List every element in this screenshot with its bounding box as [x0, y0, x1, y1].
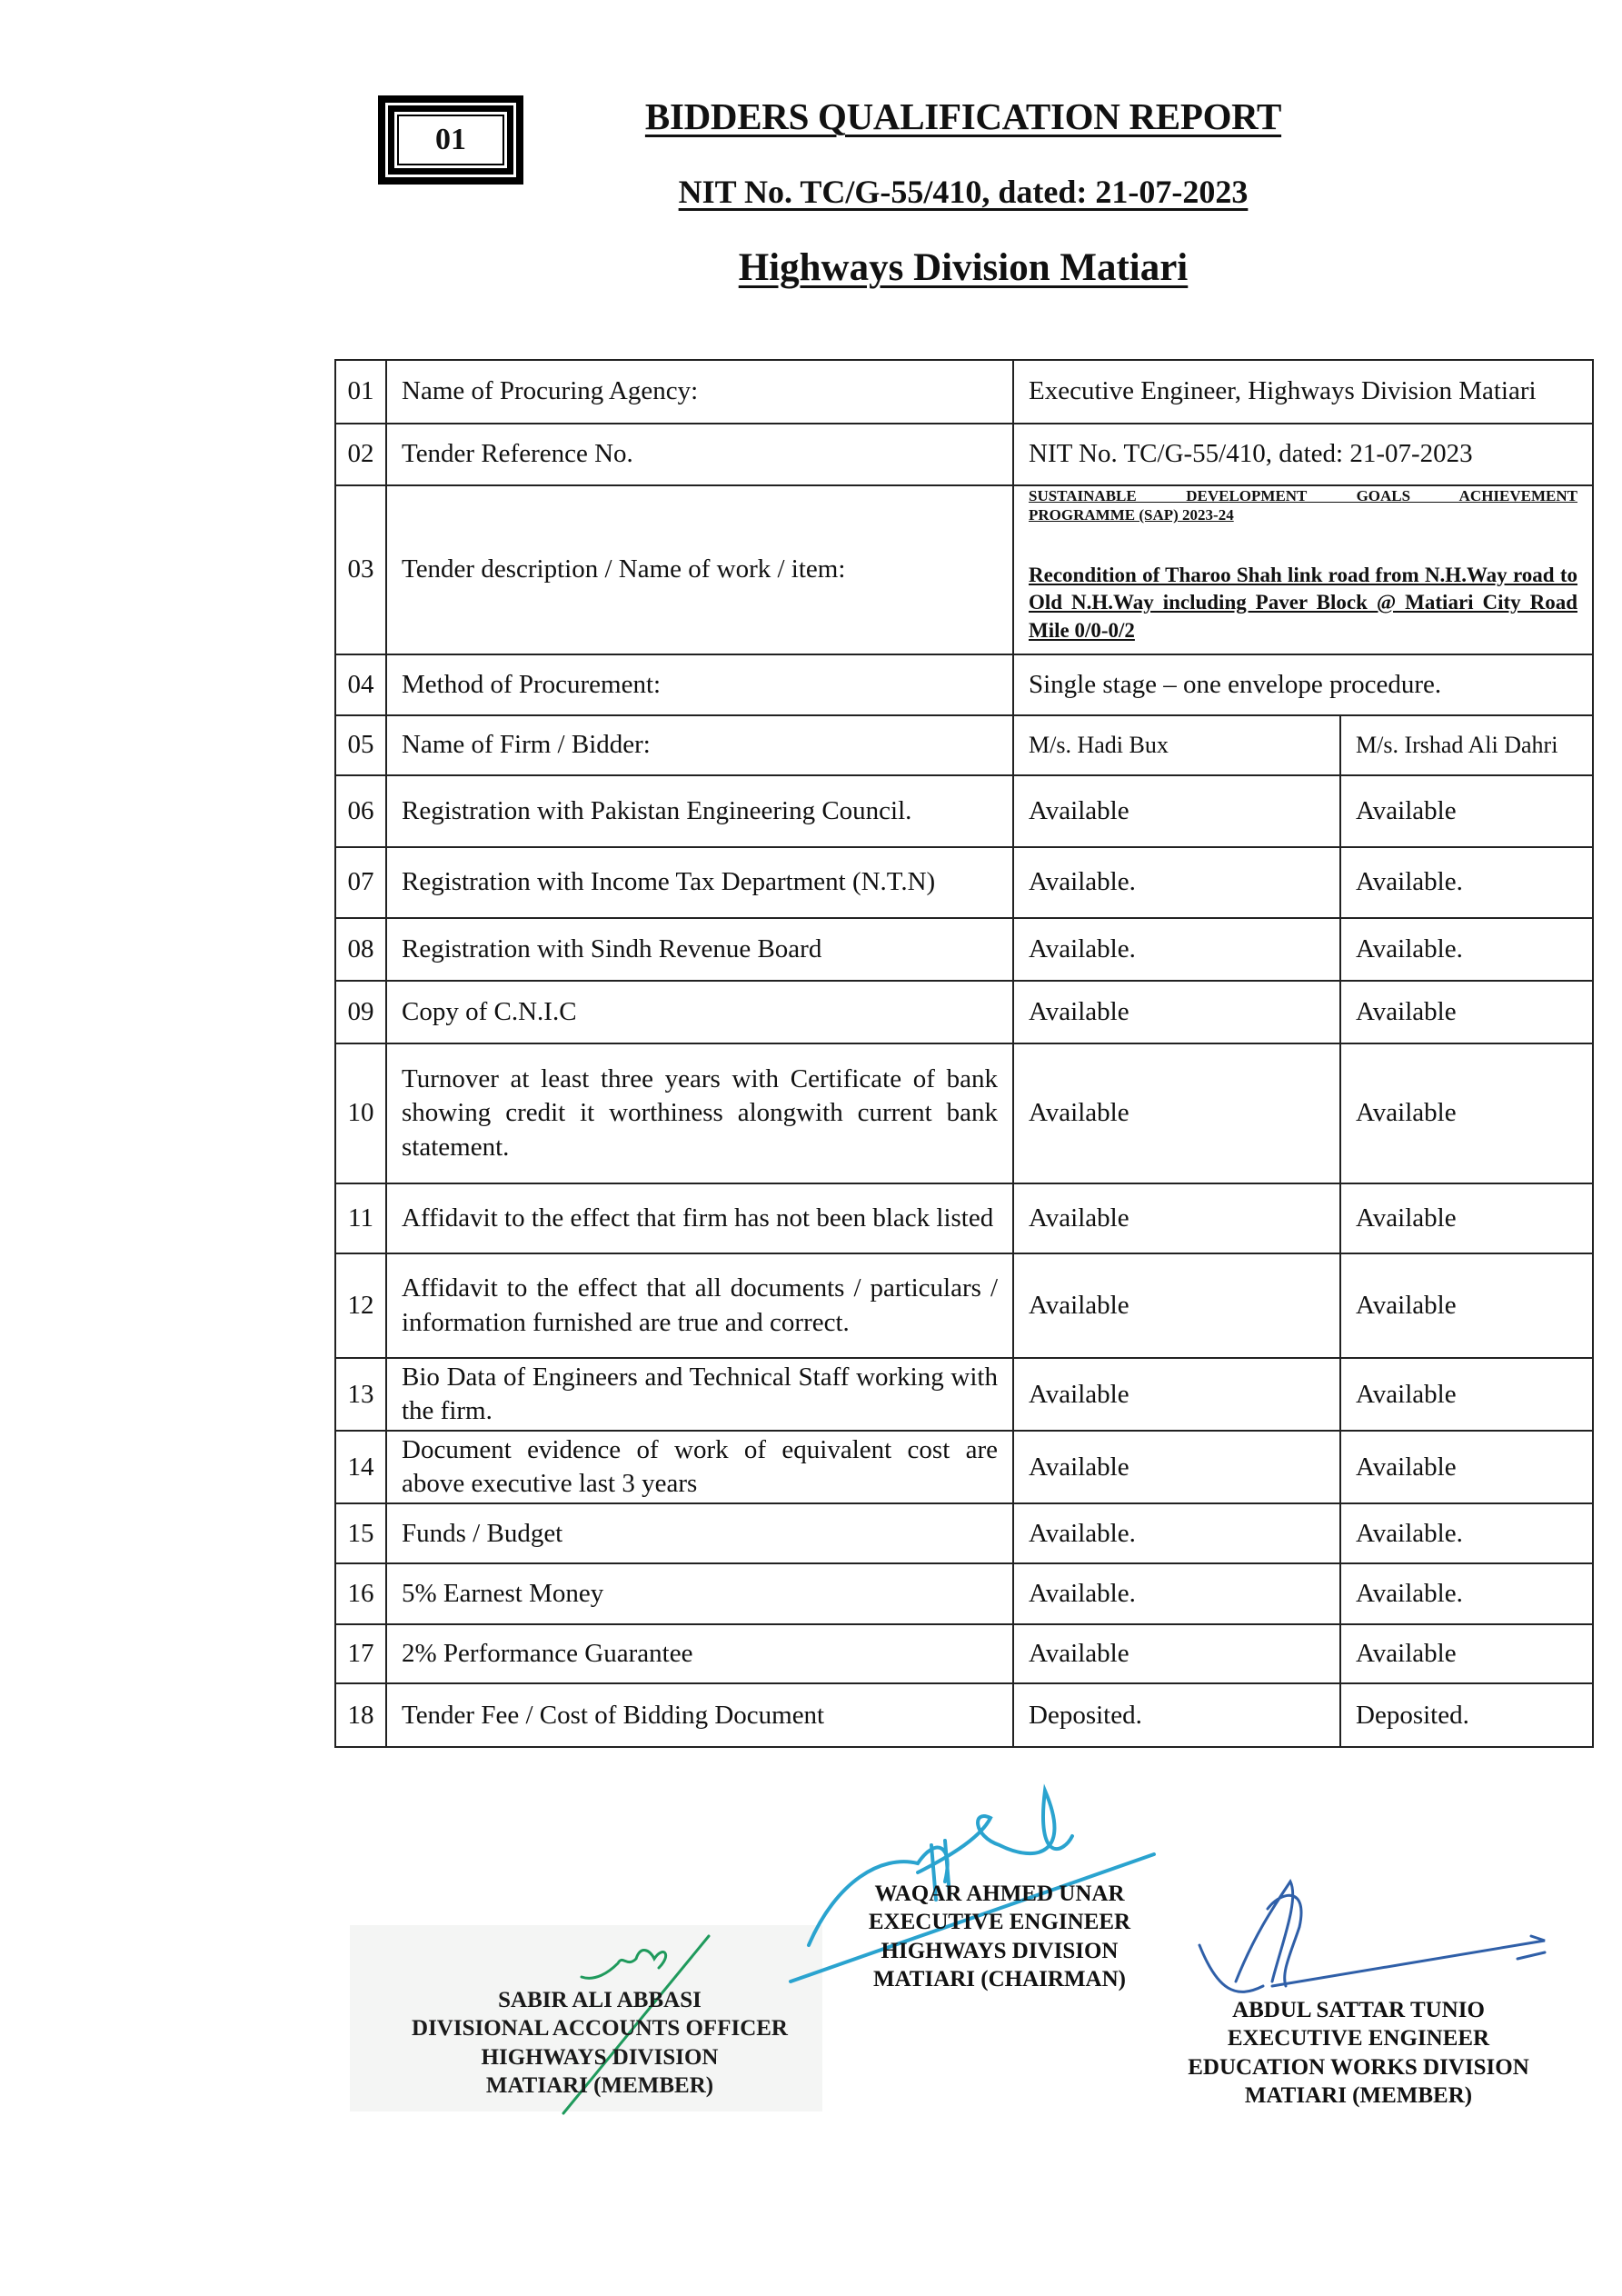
bidder-2-status: Available — [1340, 1043, 1593, 1183]
signatory-name: WAQAR AHMED UNAR — [800, 1880, 1199, 1908]
bidder-2-status: Available — [1340, 1183, 1593, 1253]
signatory-office: HIGHWAYS DIVISION — [373, 2043, 827, 2071]
row-number: 16 — [335, 1563, 386, 1624]
table-row: 16 5% Earnest Money Available. Available… — [335, 1563, 1593, 1624]
row-item: Registration with Income Tax Department … — [386, 847, 1013, 918]
row-number: 18 — [335, 1683, 386, 1747]
row-item: Method of Procurement: — [386, 654, 1013, 715]
signatory-role: MATIARI (MEMBER) — [373, 2071, 827, 2100]
bidder-2-status: Available — [1340, 1358, 1593, 1431]
row-number: 12 — [335, 1253, 386, 1358]
bidder-1-status: Available — [1013, 1043, 1340, 1183]
signatory-name: ABDUL SATTAR TUNIO — [1168, 1996, 1549, 2024]
bidder-2-status: Available — [1340, 981, 1593, 1043]
programme-name: SUSTAINABLE DEVELOPMENT GOALS ACHIEVEMEN… — [1029, 486, 1577, 505]
bidder-1-status: Available. — [1013, 1503, 1340, 1563]
page-number: 01 — [397, 115, 504, 165]
bidder-2-status: Available — [1340, 1253, 1593, 1358]
table-row: 03 Tender description / Name of work / i… — [335, 485, 1593, 654]
division-name: Highways Division Matiari — [545, 245, 1381, 290]
table-row: 04 Method of Procurement: Single stage –… — [335, 654, 1593, 715]
bidder-2-status: Available. — [1340, 847, 1593, 918]
table-row: 11 Affidavit to the effect that firm has… — [335, 1183, 1593, 1253]
row-item: 5% Earnest Money — [386, 1563, 1013, 1624]
table-row: 15 Funds / Budget Available. Available. — [335, 1503, 1593, 1563]
row-item: Registration with Sindh Revenue Board — [386, 918, 1013, 981]
row-number: 07 — [335, 847, 386, 918]
table-row: 13 Bio Data of Engineers and Technical S… — [335, 1358, 1593, 1431]
signatory-designation: EXECUTIVE ENGINEER — [1168, 2024, 1549, 2052]
tender-description: SUSTAINABLE DEVELOPMENT GOALS ACHIEVEMEN… — [1013, 485, 1593, 654]
bidder-1-status: Available. — [1013, 918, 1340, 981]
bidder-1-status: Deposited. — [1013, 1683, 1340, 1747]
row-item: Name of Firm / Bidder: — [386, 715, 1013, 775]
row-item: Registration with Pakistan Engineering C… — [386, 775, 1013, 847]
signatory-role: MATIARI (CHAIRMAN) — [800, 1965, 1199, 1993]
row-number: 08 — [335, 918, 386, 981]
table-row: 12 Affidavit to the effect that all docu… — [335, 1253, 1593, 1358]
bidder-1-status: Available. — [1013, 847, 1340, 918]
qualification-table: 01 Name of Procuring Agency: Executive E… — [334, 359, 1594, 1748]
row-item: Tender description / Name of work / item… — [386, 485, 1013, 654]
report-title: BIDDERS QUALIFICATION REPORT — [545, 95, 1381, 138]
row-item: 2% Performance Guarantee — [386, 1624, 1013, 1683]
bidder-1-status: Available — [1013, 981, 1340, 1043]
table-row: 07 Registration with Income Tax Departme… — [335, 847, 1593, 918]
row-number: 01 — [335, 360, 386, 424]
row-item: Turnover at least three years with Certi… — [386, 1043, 1013, 1183]
row-number: 13 — [335, 1358, 386, 1431]
signatory-education-engineer: ABDUL SATTAR TUNIO EXECUTIVE ENGINEER ED… — [1168, 1996, 1549, 2110]
table-row: 18 Tender Fee / Cost of Bidding Document… — [335, 1683, 1593, 1747]
bidder-2-status: Available. — [1340, 1563, 1593, 1624]
table-row: 05 Name of Firm / Bidder: M/s. Hadi Bux … — [335, 715, 1593, 775]
page-number-box: 01 — [378, 95, 523, 185]
signatory-chairman: WAQAR AHMED UNAR EXECUTIVE ENGINEER HIGH… — [800, 1880, 1199, 1993]
bidder-1-name: M/s. Hadi Bux — [1013, 715, 1340, 775]
bidder-1-status: Available — [1013, 1358, 1340, 1431]
row-number: 06 — [335, 775, 386, 847]
row-number: 04 — [335, 654, 386, 715]
table-row: 10 Turnover at least three years with Ce… — [335, 1043, 1593, 1183]
bidder-1-status: Available. — [1013, 1563, 1340, 1624]
row-item: Affidavit to the effect that all documen… — [386, 1253, 1013, 1358]
row-value: Executive Engineer, Highways Division Ma… — [1013, 360, 1593, 424]
row-number: 09 — [335, 981, 386, 1043]
row-number: 03 — [335, 485, 386, 654]
signatory-designation: EXECUTIVE ENGINEER — [800, 1908, 1199, 1936]
row-item: Document evidence of work of equivalent … — [386, 1431, 1013, 1503]
bidder-2-name: M/s. Irshad Ali Dahri — [1340, 715, 1593, 775]
table-row: 17 2% Performance Guarantee Available Av… — [335, 1624, 1593, 1683]
row-item: Name of Procuring Agency: — [386, 360, 1013, 424]
row-item: Affidavit to the effect that firm has no… — [386, 1183, 1013, 1253]
signatory-role: MATIARI (MEMBER) — [1168, 2081, 1549, 2110]
bidder-1-status: Available — [1013, 1183, 1340, 1253]
signatory-designation: DIVISIONAL ACCOUNTS OFFICER — [373, 2014, 827, 2042]
nit-reference: NIT No. TC/G-55/410, dated: 21-07-2023 — [545, 173, 1381, 211]
row-item: Funds / Budget — [386, 1503, 1013, 1563]
table-row: 01 Name of Procuring Agency: Executive E… — [335, 360, 1593, 424]
table-row: 06 Registration with Pakistan Engineerin… — [335, 775, 1593, 847]
table-row: 09 Copy of C.N.I.C Available Available — [335, 981, 1593, 1043]
signatory-office: EDUCATION WORKS DIVISION — [1168, 2053, 1549, 2081]
bidder-2-status: Available. — [1340, 918, 1593, 981]
bidder-1-status: Available — [1013, 775, 1340, 847]
bidder-2-status: Available — [1340, 775, 1593, 847]
bidder-1-status: Available — [1013, 1431, 1340, 1503]
row-number: 11 — [335, 1183, 386, 1253]
row-item: Tender Reference No. — [386, 424, 1013, 485]
table-row: 02 Tender Reference No. NIT No. TC/G-55/… — [335, 424, 1593, 485]
row-value: NIT No. TC/G-55/410, dated: 21-07-2023 — [1013, 424, 1593, 485]
table-row: 08 Registration with Sindh Revenue Board… — [335, 918, 1593, 981]
row-number: 02 — [335, 424, 386, 485]
signature-education-icon — [1181, 1872, 1563, 2000]
row-number: 14 — [335, 1431, 386, 1503]
signatory-name: SABIR ALI ABBASI — [373, 1986, 827, 2014]
work-name: Recondition of Tharoo Shah link road fro… — [1029, 562, 1577, 645]
bidder-1-status: Available — [1013, 1624, 1340, 1683]
bidder-2-status: Available. — [1340, 1503, 1593, 1563]
bidder-1-status: Available — [1013, 1253, 1340, 1358]
row-number: 15 — [335, 1503, 386, 1563]
table-row: 14 Document evidence of work of equivale… — [335, 1431, 1593, 1503]
bidder-2-status: Deposited. — [1340, 1683, 1593, 1747]
row-number: 05 — [335, 715, 386, 775]
row-number: 17 — [335, 1624, 386, 1683]
bidder-2-status: Available — [1340, 1624, 1593, 1683]
row-item: Tender Fee / Cost of Bidding Document — [386, 1683, 1013, 1747]
row-item: Copy of C.N.I.C — [386, 981, 1013, 1043]
bidder-2-status: Available — [1340, 1431, 1593, 1503]
row-item: Bio Data of Engineers and Technical Staf… — [386, 1358, 1013, 1431]
programme-name-cont: PROGRAMME (SAP) 2023-24 — [1029, 505, 1577, 524]
row-value: Single stage – one envelope procedure. — [1013, 654, 1593, 715]
signatory-accounts-officer: SABIR ALI ABBASI DIVISIONAL ACCOUNTS OFF… — [373, 1986, 827, 2100]
row-number: 10 — [335, 1043, 386, 1183]
signatory-office: HIGHWAYS DIVISION — [800, 1937, 1199, 1965]
